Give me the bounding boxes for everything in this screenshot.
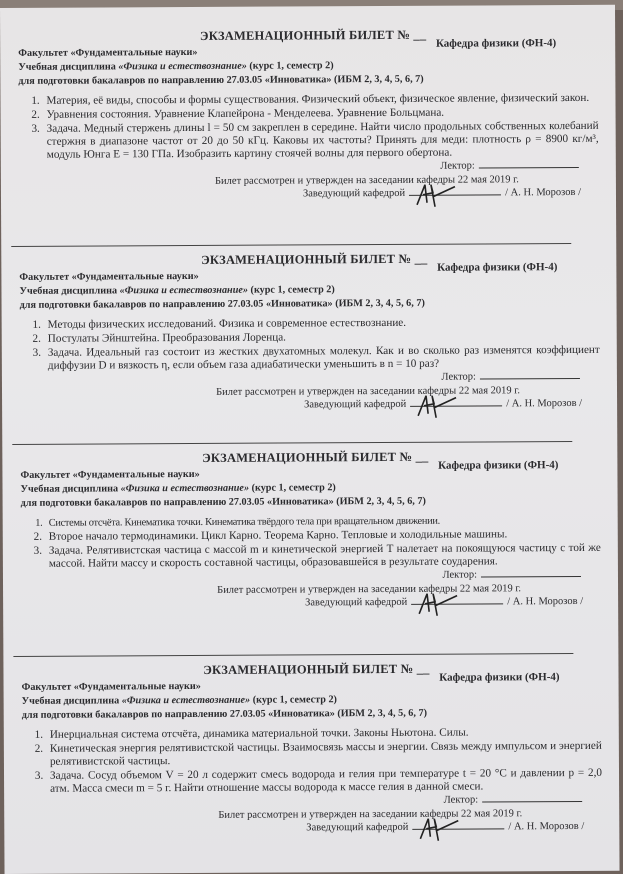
approval-note: Билет рассмотрен и утвержден на заседани… — [217, 583, 521, 596]
exam-ticket-1: ЭКЗАМЕНАЦИОННЫЙ БИЛЕТ № __ Факультет «Фу… — [18, 27, 599, 219]
head-label: Заведующий кафедрой — [303, 188, 405, 200]
head-signature-line — [409, 194, 501, 195]
cut-line — [13, 653, 573, 657]
question-list: Инерциальная система отсчёта, динамика м… — [22, 726, 602, 796]
signature-block: Лектор: Билет рассмотрен и утвержден на … — [22, 794, 602, 853]
program: для подготовки бакалавров по направлению… — [20, 296, 600, 313]
question-3: Задача. Медный стержень длины l = 50 см … — [43, 120, 599, 162]
question-list: Методы физических исследований. Физика и… — [20, 316, 600, 373]
cut-line — [12, 441, 572, 445]
head-label: Заведующий кафедрой — [306, 822, 408, 834]
question-3: Задача. Идеальный газ состоит из жестких… — [44, 344, 600, 373]
department: Кафедра физики (ФН-4) — [438, 458, 558, 473]
exam-ticket-4: ЭКЗАМЕНАЦИОННЫЙ БИЛЕТ № __ Факультет «Фу… — [21, 661, 602, 853]
department: Кафедра физики (ФН-4) — [439, 670, 559, 685]
lector-label: Лектор: — [441, 372, 476, 383]
question-3: Задача. Сосуд объемом V = 20 л содержит … — [46, 767, 602, 796]
question-list: Системы отсчёта. Кинематика точки. Кинем… — [21, 514, 601, 571]
head-label: Заведующий кафедрой — [305, 597, 407, 609]
signature-icon — [416, 815, 460, 843]
approval-note: Билет рассмотрен и утвержден на заседани… — [216, 385, 520, 398]
head-signature-line — [411, 603, 503, 604]
lector-label: Лектор: — [440, 161, 475, 172]
signature-block: Лектор: Билет рассмотрен и утвержден на … — [19, 160, 599, 219]
exam-ticket-2: ЭКЗАМЕНАЦИОННЫЙ БИЛЕТ № __ Факультет «Фу… — [19, 251, 600, 430]
exam-ticket-3: ЭКЗАМЕНАЦИОННЫЙ БИЛЕТ № __ Факультет «Фу… — [20, 449, 601, 628]
lector-label: Лектор: — [442, 570, 477, 581]
head-name: / А. Н. Морозов / — [507, 596, 583, 607]
signature-icon — [415, 590, 459, 618]
signature-icon — [413, 181, 457, 209]
question-list: Материя, её виды, способы и формы сущест… — [18, 92, 598, 162]
exam-sheet: ЭКЗАМЕНАЦИОННЫЙ БИЛЕТ № __ Факультет «Фу… — [0, 5, 620, 866]
head-name: / А. Н. Морозов / — [505, 187, 581, 198]
lector-signature-line — [479, 167, 579, 169]
cut-line — [11, 243, 571, 247]
head-name: / А. Н. Морозов / — [508, 821, 584, 832]
head-signature-line — [410, 405, 502, 406]
signature-icon — [414, 392, 458, 420]
department: Кафедра физики (ФН-4) — [436, 36, 556, 51]
program: для подготовки бакалавров по направлению… — [22, 706, 602, 723]
head-label: Заведующий кафедрой — [304, 399, 406, 411]
approval-note: Билет рассмотрен и утвержден на заседани… — [215, 174, 519, 187]
department: Кафедра физики (ФН-4) — [437, 260, 557, 275]
question-2: Кинетическая энергия релятивистской част… — [46, 740, 602, 769]
question-3: Задача. Релятивистская частица с массой … — [45, 542, 601, 571]
lector-signature-line — [482, 801, 582, 803]
head-name: / А. Н. Морозов / — [506, 398, 582, 409]
lector-label: Лектор: — [444, 795, 479, 806]
program: для подготовки бакалавров по направлению… — [18, 72, 598, 89]
lector-signature-line — [480, 378, 580, 380]
signature-block: Лектор: Билет рассмотрен и утвержден на … — [20, 371, 600, 430]
lector-signature-line — [481, 576, 581, 578]
signature-block: Лектор: Билет рассмотрен и утвержден на … — [21, 569, 601, 628]
program: для подготовки бакалавров по направлению… — [21, 494, 601, 511]
approval-note: Билет рассмотрен и утвержден на заседани… — [218, 808, 522, 821]
head-signature-line — [412, 828, 504, 829]
